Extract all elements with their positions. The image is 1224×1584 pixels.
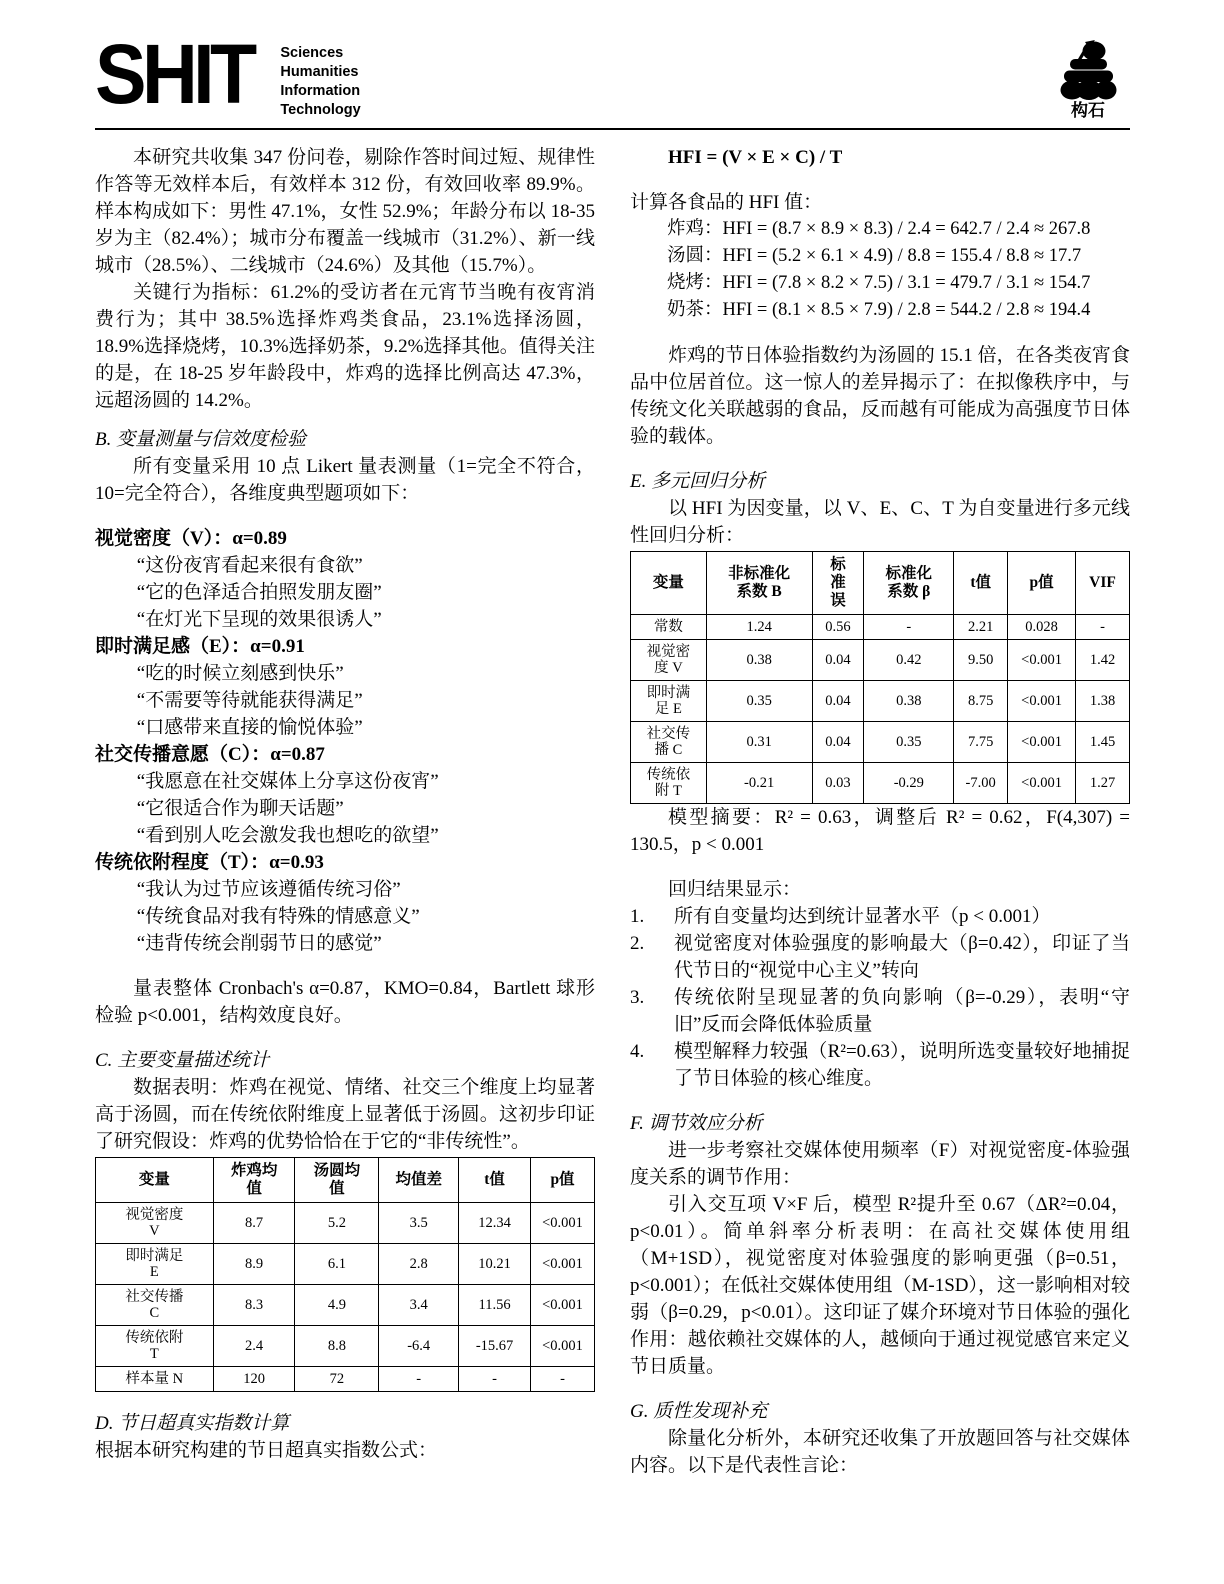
table-header-cell: 炸鸡均 值 <box>213 1158 295 1203</box>
scale-item-quote: “它的色泽适合拍照发朋友圈” <box>95 579 595 606</box>
section-heading-d: D. 节日超真实指数计算 <box>95 1410 595 1437</box>
table-header-cell: 变量 <box>96 1158 214 1203</box>
table-row: 社交传播 C 8.3 4.9 3.4 11.56 <0.001 <box>96 1285 595 1326</box>
scale-item-quote: “我愿意在社交媒体上分享这份夜宵” <box>95 768 595 795</box>
stone-stack-icon <box>1055 38 1121 100</box>
table-cell: 72 <box>295 1367 379 1392</box>
table-cell: 0.04 <box>812 681 864 722</box>
table-cell: 3.5 <box>379 1203 459 1244</box>
calc-line: 烧烤：HFI = (7.8 × 8.2 × 7.5) / 3.1 = 479.7… <box>630 270 1130 297</box>
right-column: HFI = (V × E × C) / T 计算各食品的 HFI 值： 炸鸡：H… <box>630 144 1130 1479</box>
table-cell: <0.001 <box>531 1203 595 1244</box>
logo-subtitle-line: Humanities <box>280 63 360 82</box>
university-logo: SHIT Sciences Humanities Information Tec… <box>95 36 361 120</box>
scale-title: 视觉密度（V）：α=0.89 <box>95 525 595 552</box>
scale-item-quote: “不需要等待就能获得满足” <box>95 687 595 714</box>
spacer <box>95 414 595 426</box>
table-cell: -6.4 <box>379 1326 459 1367</box>
spacer <box>95 507 595 525</box>
table-cell: 7.75 <box>954 722 1008 763</box>
table-cell: <0.001 <box>1008 722 1076 763</box>
spacer <box>630 171 1130 189</box>
scale-item-quote: “这份夜宵看起来很有食欲” <box>95 552 595 579</box>
body-paragraph: 除量化分析外，本研究还收集了开放题回答与社交媒体内容。以下是代表性言论： <box>630 1425 1130 1479</box>
table-cell: 5.2 <box>295 1203 379 1244</box>
table-cell: <0.001 <box>1008 681 1076 722</box>
list-item-text: 视觉密度对体验强度的影响最大（β=0.42），印证了当代节日的“视觉中心主义”转… <box>674 930 1130 984</box>
table-cell: <0.001 <box>531 1285 595 1326</box>
regression-table: 变量 非标准化 系数 B 标 准 误 标准化 系数 β t值 p值 VIF 常数… <box>630 551 1130 804</box>
left-column: 本研究共收集 347 份问卷，剔除作答时间过短、规律性作答等无效样本后，有效样本… <box>95 144 595 1479</box>
table-row: 常数 1.24 0.56 - 2.21 0.028 - <box>631 615 1130 640</box>
table-cell: 0.04 <box>812 640 864 681</box>
scale-title: 社交传播意愿（C）：α=0.87 <box>95 741 595 768</box>
list-item-text: 模型解释力较强（R²=0.63），说明所选变量较好地捕捉了节日体验的核心维度。 <box>674 1038 1130 1092</box>
spacer <box>630 450 1130 468</box>
logo-subtitle-line: Information <box>280 82 360 101</box>
table-cell: 4.9 <box>295 1285 379 1326</box>
logo-subtitle-line: Sciences <box>280 44 360 63</box>
section-heading-g: G. 质性发现补充 <box>630 1398 1130 1425</box>
table-cell: 0.42 <box>864 640 954 681</box>
table-header-cell: 变量 <box>631 552 707 615</box>
table-cell: 9.50 <box>954 640 1008 681</box>
section-heading-e: E. 多元回归分析 <box>630 468 1130 495</box>
table-cell: 0.56 <box>812 615 864 640</box>
list-item-number: 4. <box>630 1038 674 1092</box>
body-paragraph: 引入交互项 V×F 后，模型 R²提升至 0.67（ΔR²=0.04，p<0.0… <box>630 1191 1130 1380</box>
table-cell: 传统依 附 T <box>631 763 707 804</box>
calc-line: 奶茶：HFI = (8.1 × 8.5 × 7.9) / 2.8 = 544.2… <box>630 297 1130 324</box>
section-heading-b: B. 变量测量与信效度检验 <box>95 426 595 453</box>
table-row: 即时满足 E 8.9 6.1 2.8 10.21 <0.001 <box>96 1244 595 1285</box>
body-paragraph: 所有变量采用 10 点 Likert 量表测量（1=完全不符合，10=完全符合）… <box>95 453 595 507</box>
body-paragraph: 计算各食品的 HFI 值： <box>630 189 1130 216</box>
body-paragraph: 量表整体 Cronbach's α=0.87，KMO=0.84，Bartlett… <box>95 975 595 1029</box>
spacer <box>95 957 595 975</box>
table-cell: 8.9 <box>213 1244 295 1285</box>
header-rule <box>95 128 1130 130</box>
paper-page: SHIT Sciences Humanities Information Tec… <box>0 0 1224 1584</box>
scale-item-quote: “吃的时候立刻感到快乐” <box>95 660 595 687</box>
table-cell: 常数 <box>631 615 707 640</box>
table-header-cell: p值 <box>531 1158 595 1203</box>
body-paragraph: 根据本研究构建的节日超真实指数公式： <box>95 1437 595 1464</box>
table-cell: 1.38 <box>1076 681 1130 722</box>
hfi-formula: HFI = (V × E × C) / T <box>630 144 1130 171</box>
table-header-cell: VIF <box>1076 552 1130 615</box>
table-cell: 11.56 <box>459 1285 531 1326</box>
table-cell: 8.7 <box>213 1203 295 1244</box>
table-cell: 2.21 <box>954 615 1008 640</box>
spacer <box>630 858 1130 876</box>
table-header-cell: 标准化 系数 β <box>864 552 954 615</box>
table-cell: 6.1 <box>295 1244 379 1285</box>
scale-item-quote: “看到别人吃会激发我也想吃的欲望” <box>95 822 595 849</box>
table-cell: 8.75 <box>954 681 1008 722</box>
table-cell: 即时满足 E <box>96 1244 214 1285</box>
scale-title: 传统依附程度（T）：α=0.93 <box>95 849 595 876</box>
body-paragraph: 进一步考察社交媒体使用频率（F）对视觉密度-体验强度关系的调节作用： <box>630 1137 1130 1191</box>
calc-line: 汤圆：HFI = (5.2 × 6.1 × 4.9) / 8.8 = 155.4… <box>630 243 1130 270</box>
table-cell: 视觉密度 V <box>96 1203 214 1244</box>
list-item-number: 2. <box>630 930 674 984</box>
spacer <box>95 1392 595 1410</box>
table-cell: 社交传 播 C <box>631 722 707 763</box>
table-row: 传统依附 T 2.4 8.8 -6.4 -15.67 <0.001 <box>96 1326 595 1367</box>
table-cell: 传统依附 T <box>96 1326 214 1367</box>
logo-wordmark: SHIT <box>95 36 253 112</box>
table-cell: 3.4 <box>379 1285 459 1326</box>
body-paragraph: 本研究共收集 347 份问卷，剔除作答时间过短、规律性作答等无效样本后，有效样本… <box>95 144 595 279</box>
table-cell: 12.34 <box>459 1203 531 1244</box>
body-paragraph: 炸鸡的节日体验指数约为汤圆的 15.1 倍，在各类夜宵食品中位居首位。这一惊人的… <box>630 342 1130 450</box>
table-cell: -0.29 <box>864 763 954 804</box>
scale-item-quote: “我认为过节应该遵循传统习俗” <box>95 876 595 903</box>
spacer <box>95 1029 595 1047</box>
two-column-body: 本研究共收集 347 份问卷，剔除作答时间过短、规律性作答等无效样本后，有效样本… <box>95 144 1130 1479</box>
scale-item-quote: “口感带来直接的愉悦体验” <box>95 714 595 741</box>
table-cell: - <box>1076 615 1130 640</box>
table-cell: 0.38 <box>706 640 812 681</box>
table-cell: <0.001 <box>531 1244 595 1285</box>
table-cell: 1.45 <box>1076 722 1130 763</box>
table-cell: 2.4 <box>213 1326 295 1367</box>
descriptive-stats-table: 变量 炸鸡均 值 汤圆均 值 均值差 t值 p值 视觉密度 V 8.7 5.2 … <box>95 1157 595 1392</box>
table-cell: 样本量 N <box>96 1367 214 1392</box>
table-cell: 10.21 <box>459 1244 531 1285</box>
scale-item-quote: “在灯光下呈现的效果很诱人” <box>95 606 595 633</box>
table-row: 视觉密 度 V 0.38 0.04 0.42 9.50 <0.001 1.42 <box>631 640 1130 681</box>
logo-subtitle-line: Technology <box>280 101 360 120</box>
table-cell: 即时满 足 E <box>631 681 707 722</box>
table-header-cell: 非标准化 系数 B <box>706 552 812 615</box>
university-seal: 构石 <box>1046 38 1130 121</box>
table-cell: 0.31 <box>706 722 812 763</box>
section-heading-c: C. 主要变量描述统计 <box>95 1047 595 1074</box>
table-cell: <0.001 <box>1008 640 1076 681</box>
logo-subtitle: Sciences Humanities Information Technolo… <box>280 44 360 120</box>
section-heading-f: F. 调节效应分析 <box>630 1110 1130 1137</box>
table-cell: <0.001 <box>531 1326 595 1367</box>
scale-item-quote: “它很适合作为聊天话题” <box>95 795 595 822</box>
table-cell: 1.24 <box>706 615 812 640</box>
table-cell: 1.27 <box>1076 763 1130 804</box>
spacer <box>630 1092 1130 1110</box>
body-paragraph: 关键行为指标：61.2%的受访者在元宵节当晚有夜宵消费行为；其中 38.5%选择… <box>95 279 595 414</box>
table-header-cell: t值 <box>954 552 1008 615</box>
table-header-cell: 汤圆均 值 <box>295 1158 379 1203</box>
model-summary: 模型摘要：R² = 0.63，调整后 R² = 0.62，F(4,307) = … <box>630 804 1130 858</box>
table-row: 即时满 足 E 0.35 0.04 0.38 8.75 <0.001 1.38 <box>631 681 1130 722</box>
table-cell: - <box>864 615 954 640</box>
table-cell: 1.42 <box>1076 640 1130 681</box>
table-cell: 2.8 <box>379 1244 459 1285</box>
table-cell: - <box>379 1367 459 1392</box>
results-list-item: 4. 模型解释力较强（R²=0.63），说明所选变量较好地捕捉了节日体验的核心维… <box>630 1038 1130 1092</box>
seal-label: 构石 <box>1046 101 1130 121</box>
list-item-text: 所有自变量均达到统计显著水平（p < 0.001） <box>674 903 1130 930</box>
scale-item-quote: “违背传统会削弱节日的感觉” <box>95 930 595 957</box>
table-row: 视觉密度 V 8.7 5.2 3.5 12.34 <0.001 <box>96 1203 595 1244</box>
table-cell: - <box>531 1367 595 1392</box>
table-cell: -15.67 <box>459 1326 531 1367</box>
table-cell: 社交传播 C <box>96 1285 214 1326</box>
table-header-cell: p值 <box>1008 552 1076 615</box>
table-cell: 0.028 <box>1008 615 1076 640</box>
calc-line: 炸鸡：HFI = (8.7 × 8.9 × 8.3) / 2.4 = 642.7… <box>630 216 1130 243</box>
table-cell: -0.21 <box>706 763 812 804</box>
results-list-item: 2. 视觉密度对体验强度的影响最大（β=0.42），印证了当代节日的“视觉中心主… <box>630 930 1130 984</box>
table-cell: -7.00 <box>954 763 1008 804</box>
table-row: 社交传 播 C 0.31 0.04 0.35 7.75 <0.001 1.45 <box>631 722 1130 763</box>
results-list-title: 回归结果显示： <box>630 876 1130 903</box>
page-header: SHIT Sciences Humanities Information Tec… <box>95 36 1130 124</box>
table-row: 传统依 附 T -0.21 0.03 -0.29 -7.00 <0.001 1.… <box>631 763 1130 804</box>
list-item-number: 3. <box>630 984 674 1038</box>
spacer <box>630 324 1130 342</box>
table-cell: 8.3 <box>213 1285 295 1326</box>
results-list-item: 1. 所有自变量均达到统计显著水平（p < 0.001） <box>630 903 1130 930</box>
list-item-text: 传统依附呈现显著的负向影响（β=-0.29），表明“守旧”反而会降低体验质量 <box>674 984 1130 1038</box>
table-cell: - <box>459 1367 531 1392</box>
table-header-cell: 标 准 误 <box>812 552 864 615</box>
spacer <box>630 1380 1130 1398</box>
body-paragraph: 以 HFI 为因变量，以 V、E、C、T 为自变量进行多元线性回归分析： <box>630 495 1130 549</box>
scale-item-quote: “传统食品对我有特殊的情感意义” <box>95 903 595 930</box>
table-cell: 120 <box>213 1367 295 1392</box>
table-cell: 0.03 <box>812 763 864 804</box>
body-paragraph: 数据表明：炸鸡在视觉、情绪、社交三个维度上均显著高于汤圆，而在传统依附维度上显著… <box>95 1074 595 1155</box>
table-cell: 0.35 <box>706 681 812 722</box>
results-list-item: 3. 传统依附呈现显著的负向影响（β=-0.29），表明“守旧”反而会降低体验质… <box>630 984 1130 1038</box>
list-item-number: 1. <box>630 903 674 930</box>
table-header-row: 变量 炸鸡均 值 汤圆均 值 均值差 t值 p值 <box>96 1158 595 1203</box>
table-header-cell: t值 <box>459 1158 531 1203</box>
table-cell: 视觉密 度 V <box>631 640 707 681</box>
table-cell: <0.001 <box>1008 763 1076 804</box>
table-cell: 8.8 <box>295 1326 379 1367</box>
table-cell: 0.35 <box>864 722 954 763</box>
table-cell: 0.38 <box>864 681 954 722</box>
table-header-row: 变量 非标准化 系数 B 标 准 误 标准化 系数 β t值 p值 VIF <box>631 552 1130 615</box>
scale-title: 即时满足感（E）：α=0.91 <box>95 633 595 660</box>
table-row: 样本量 N 120 72 - - - <box>96 1367 595 1392</box>
table-cell: 0.04 <box>812 722 864 763</box>
table-header-cell: 均值差 <box>379 1158 459 1203</box>
